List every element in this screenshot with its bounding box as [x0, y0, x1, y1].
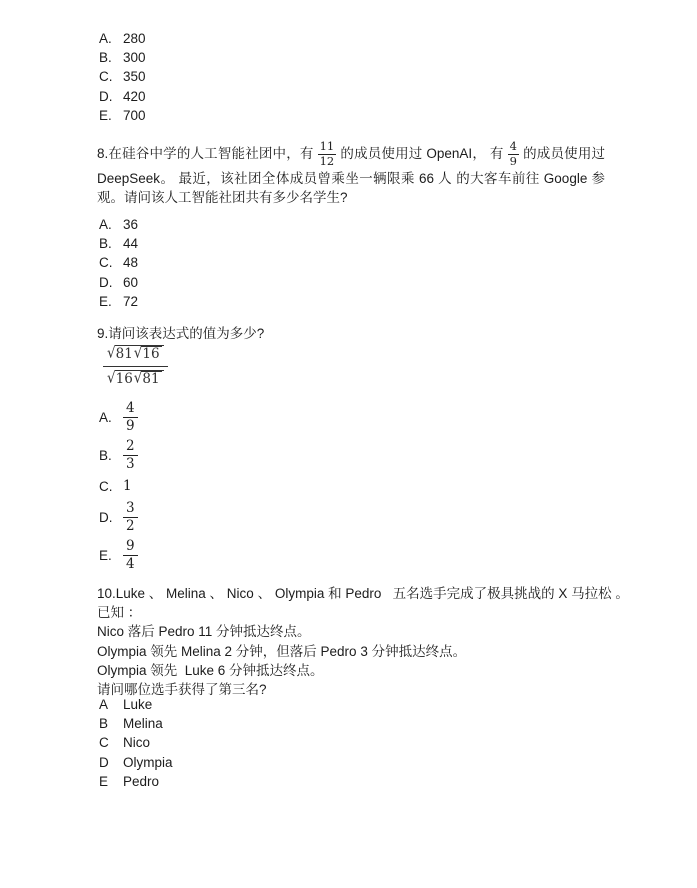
q8-text-seg2: 的成员使用过 OpenAI， 有 — [340, 146, 503, 161]
q10-line: Olympia 领先 Melina 2 分钟，但落后 Pedro 3 分钟抵达终… — [97, 642, 657, 661]
option-row: D.60 — [99, 273, 138, 292]
q9-formula: √81√16 √16√81 — [103, 345, 168, 387]
option-letter: B. — [99, 448, 123, 463]
fraction-numerator: 11 — [318, 140, 337, 154]
option-fraction: 49 — [123, 400, 138, 433]
sqrt-outer: √16√81 — [107, 370, 164, 388]
option-row: D.420 — [99, 87, 146, 106]
option-row: CNico — [99, 733, 173, 752]
option-value: 44 — [123, 236, 138, 251]
option-letter: E. — [99, 548, 123, 563]
formula-numerator: √81√16 — [103, 345, 168, 366]
option-value: 72 — [123, 294, 138, 309]
option-value: Nico — [123, 735, 150, 750]
option-value: Luke — [123, 697, 152, 712]
fraction-numerator: 3 — [123, 500, 138, 516]
fraction-numerator: 9 — [123, 538, 138, 554]
option-letter: C. — [99, 255, 123, 270]
option-value: 350 — [123, 69, 146, 84]
option-row: DOlympia — [99, 753, 173, 772]
q8-options: A.36 B.44 C.48 D.60 E.72 — [99, 215, 138, 311]
fraction-denominator: 9 — [508, 154, 519, 169]
option-letter: D. — [99, 510, 123, 525]
fraction-numerator: 4 — [123, 400, 138, 416]
option-letter: A — [99, 697, 123, 712]
option-letter: B — [99, 716, 123, 731]
option-letter: A. — [99, 217, 123, 232]
option-letter: A. — [99, 31, 123, 46]
radical-sign-icon: √ — [134, 345, 143, 362]
option-row: E.72 — [99, 292, 138, 311]
q10-line: 请问哪位选手获得了第三名? — [97, 680, 657, 699]
radicand-base: 81 — [116, 346, 133, 362]
option-fraction: 23 — [123, 438, 138, 471]
q9-title: 9.请问该表达式的值为多少? — [97, 322, 264, 342]
option-letter: E — [99, 774, 123, 789]
fraction-denominator: 3 — [123, 455, 138, 472]
fraction-denominator: 2 — [123, 517, 138, 534]
option-value: Melina — [123, 716, 163, 731]
radicand: 16√81 — [115, 370, 164, 388]
option-letter: C. — [99, 69, 123, 84]
radicand: 81√16 — [115, 345, 164, 363]
fraction-denominator: 4 — [123, 555, 138, 572]
radical-sign-icon: √ — [134, 370, 143, 387]
option-row: E.700 — [99, 106, 146, 125]
option-letter: E. — [99, 294, 123, 309]
q7-options: A.280 B.300 C.350 D.420 E.700 — [99, 29, 146, 125]
radical-sign-icon: √ — [107, 344, 116, 362]
option-value: 48 — [123, 255, 138, 270]
option-row: BMelina — [99, 714, 173, 733]
sqrt-outer: √81√16 — [107, 345, 164, 363]
q8-text-seg1: 8.在硅谷中学的人工智能社团中，有 — [97, 146, 314, 161]
option-value: Pedro — [123, 774, 159, 789]
option-letter: D — [99, 755, 123, 770]
sqrt-inner: √16 — [134, 346, 162, 363]
option-value: 60 — [123, 275, 138, 290]
q8-text: 8.在硅谷中学的人工智能社团中，有1112的成员使用过 OpenAI， 有49的… — [97, 140, 605, 208]
q10-line: 已知 ： — [97, 603, 657, 622]
q8-fraction-4-9: 49 — [508, 140, 519, 169]
option-letter: D. — [99, 275, 123, 290]
option-value: Olympia — [123, 755, 173, 770]
radicand-inner: 16 — [141, 346, 161, 363]
option-row: B.300 — [99, 48, 146, 67]
q9-options: A.49 B.23 C.1 D.32 E.94 — [99, 399, 138, 575]
q10-options: ALuke BMelina CNico DOlympia EPedro — [99, 695, 173, 791]
option-row: C.350 — [99, 67, 146, 86]
fraction-numerator: 4 — [508, 140, 519, 154]
option-value: 280 — [123, 31, 146, 46]
option-letter: B. — [99, 50, 123, 65]
option-row: C.1 — [99, 475, 138, 497]
option-letter: C. — [99, 479, 123, 494]
q10-text: 10.Luke 、 Melina 、 Nico 、 Olympia 和 Pedr… — [97, 584, 657, 699]
option-row: A.49 — [99, 399, 138, 435]
formula-fraction: √81√16 √16√81 — [103, 345, 168, 387]
option-row: EPedro — [99, 772, 173, 791]
option-fraction: 32 — [123, 500, 138, 533]
option-letter: A. — [99, 410, 123, 425]
option-row: B.44 — [99, 234, 138, 253]
option-value: 1 — [123, 478, 132, 494]
fraction-numerator: 2 — [123, 438, 138, 454]
q10-line: Nico 落后 Pedro 11 分钟抵达终点。 — [97, 622, 657, 641]
fraction-denominator: 12 — [318, 154, 337, 169]
option-letter: C — [99, 735, 123, 750]
radical-sign-icon: √ — [107, 369, 116, 387]
option-row: D.32 — [99, 499, 138, 535]
q10-line: 10.Luke 、 Melina 、 Nico 、 Olympia 和 Pedr… — [97, 584, 657, 603]
radicand-inner: 81 — [141, 371, 161, 388]
formula-denominator: √16√81 — [103, 366, 168, 388]
option-row: C.48 — [99, 253, 138, 272]
radicand-base: 16 — [116, 371, 133, 387]
option-row: A.36 — [99, 215, 138, 234]
q10-line: Olympia 领先 Luke 6 分钟抵达终点。 — [97, 661, 657, 680]
sqrt-inner: √81 — [134, 371, 162, 388]
option-value: 300 — [123, 50, 146, 65]
q8-fraction-11-12: 1112 — [318, 140, 337, 169]
option-fraction: 94 — [123, 538, 138, 571]
option-row: B.23 — [99, 437, 138, 473]
option-value: 700 — [123, 108, 146, 123]
document-page: { "page": { "background": "#ffffff", "te… — [0, 0, 697, 888]
option-letter: D. — [99, 89, 123, 104]
option-value: 420 — [123, 89, 146, 104]
option-letter: E. — [99, 108, 123, 123]
fraction-denominator: 9 — [123, 417, 138, 434]
option-row: A.280 — [99, 29, 146, 48]
option-row: E.94 — [99, 537, 138, 573]
option-value: 36 — [123, 217, 138, 232]
option-row: ALuke — [99, 695, 173, 714]
option-letter: B. — [99, 236, 123, 251]
